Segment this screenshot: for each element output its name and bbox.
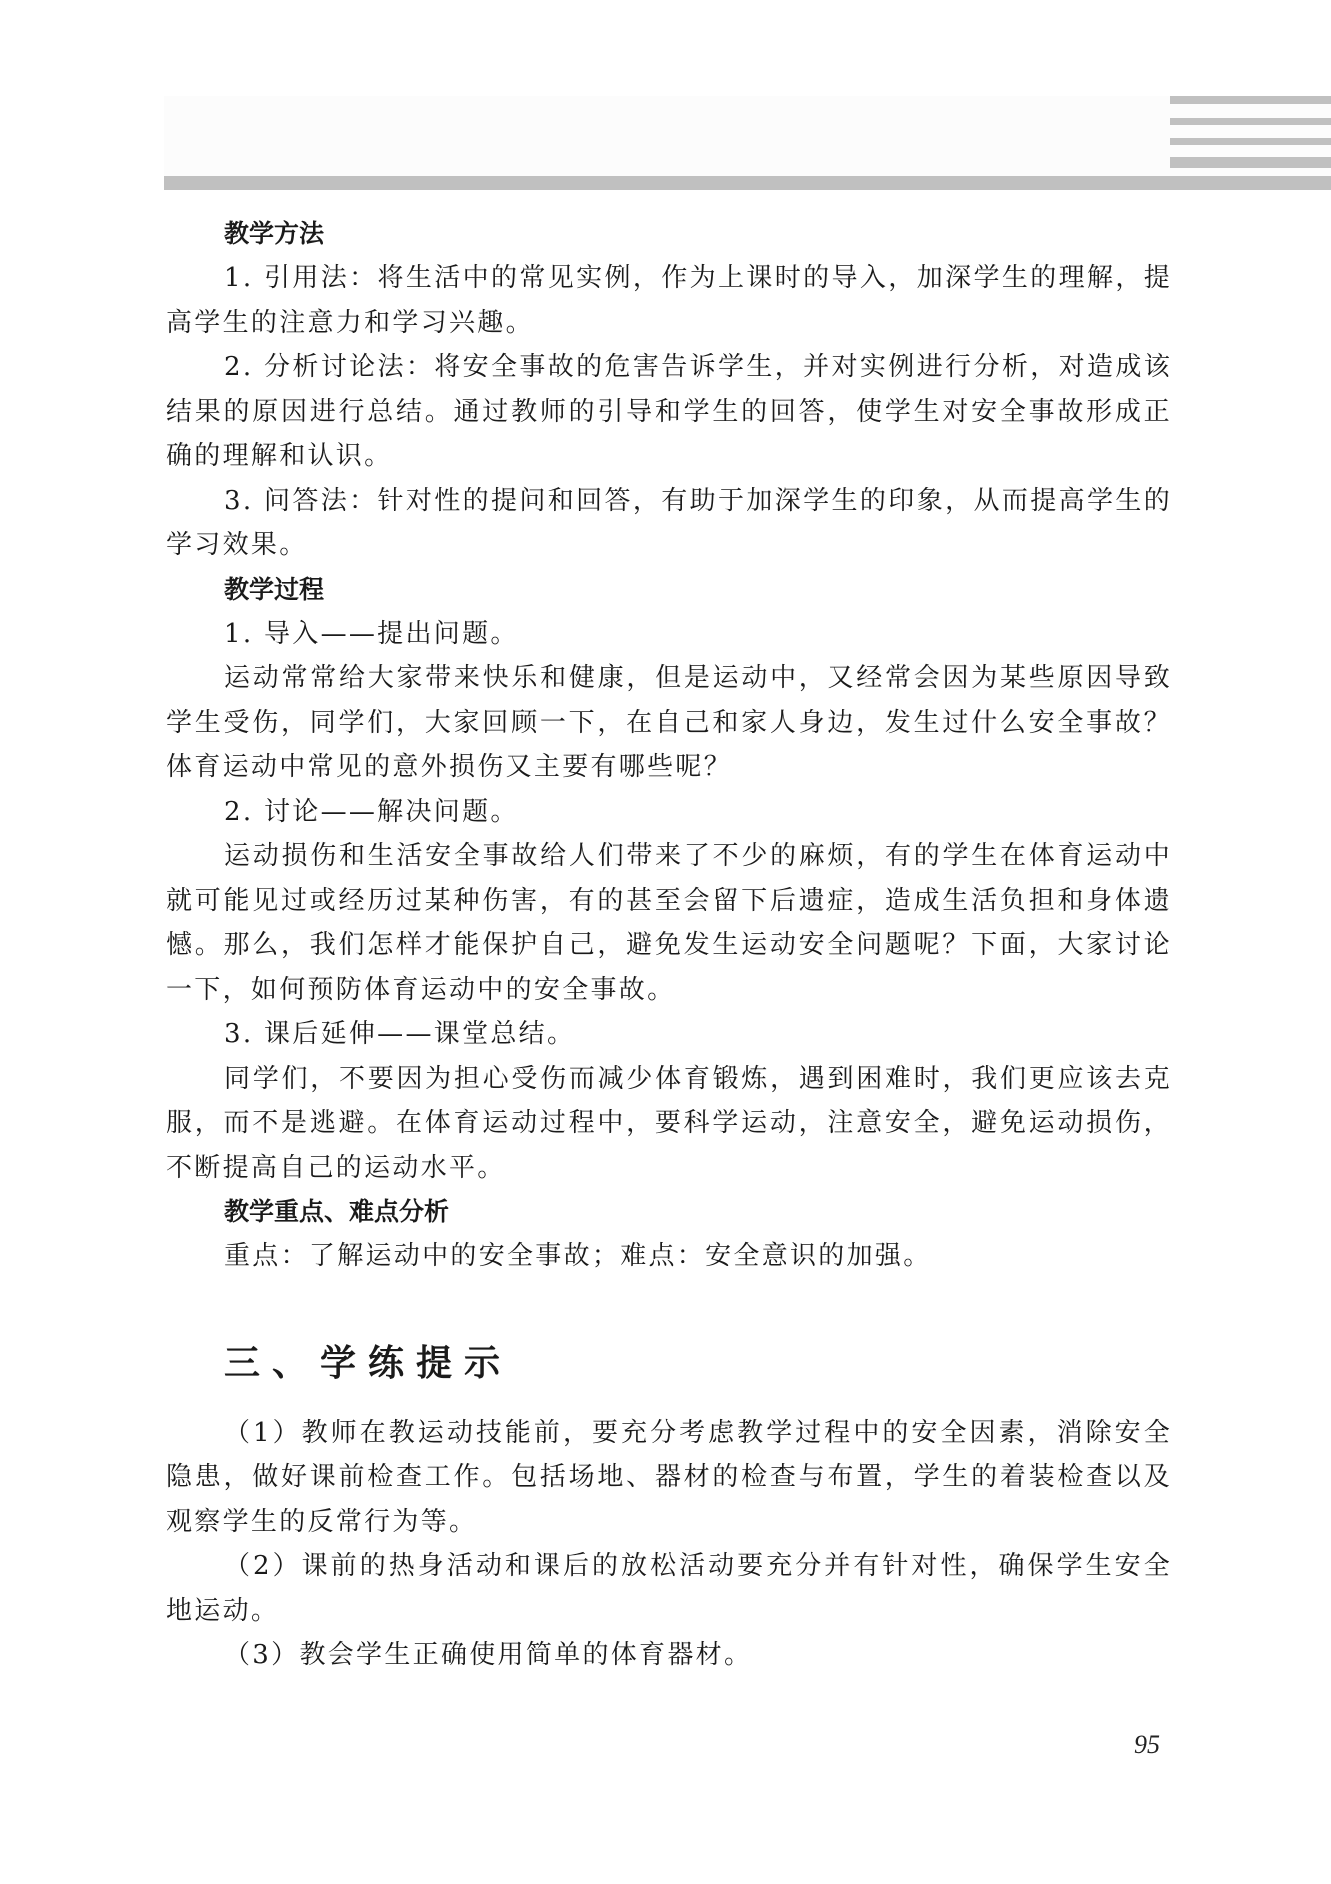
process-step-body: 同学们，不要因为担心受伤而减少体育锻炼，遇到困难时，我们更应该去克服，而不是逃避… <box>166 1057 1172 1191</box>
header-stripe <box>1170 96 1331 104</box>
header-stripe <box>1170 138 1331 145</box>
header-stripe <box>1170 157 1331 168</box>
method-item: 2. 分析讨论法：将安全事故的危害告诉学生，并对实例进行分析，对造成该结果的原因… <box>166 345 1172 479</box>
header-rule <box>164 176 1331 190</box>
process-step-heading: 2. 讨论——解决问题。 <box>166 790 1172 835</box>
page-content: 教学方法 1. 引用法：将生活中的常见实例，作为上课时的导入，加深学生的理解，提… <box>166 212 1172 1678</box>
process-step-body: 运动常常给大家带来快乐和健康，但是运动中，又经常会因为某些原因导致学生受伤，同学… <box>166 656 1172 790</box>
header-stripe <box>1170 118 1331 125</box>
section-title-methods: 教学方法 <box>166 212 1172 256</box>
section-title-practice-tips: 三、学练提示 <box>166 1339 1172 1389</box>
section-title-key-points: 教学重点、难点分析 <box>166 1190 1172 1234</box>
process-step-heading: 1. 导入——提出问题。 <box>166 612 1172 657</box>
page-number: 95 <box>1134 1730 1160 1760</box>
tip-item: （2）课前的热身活动和课后的放松活动要充分并有针对性，确保学生安全地运动。 <box>166 1544 1172 1633</box>
section-title-process: 教学过程 <box>166 568 1172 612</box>
key-points-body: 重点：了解运动中的安全事故；难点：安全意识的加强。 <box>166 1234 1172 1279</box>
process-step-heading: 3. 课后延伸——课堂总结。 <box>166 1012 1172 1057</box>
tip-item: （3）教会学生正确使用简单的体育器材。 <box>166 1633 1172 1678</box>
method-item: 3. 问答法：针对性的提问和回答，有助于加深学生的印象，从而提高学生的学习效果。 <box>166 479 1172 568</box>
header-background <box>164 96 1331 176</box>
tip-item: （1）教师在教运动技能前，要充分考虑教学过程中的安全因素，消除安全隐患，做好课前… <box>166 1411 1172 1545</box>
method-item: 1. 引用法：将生活中的常见实例，作为上课时的导入，加深学生的理解，提高学生的注… <box>166 256 1172 345</box>
process-step-body: 运动损伤和生活安全事故给人们带来了不少的麻烦，有的学生在体育运动中就可能见过或经… <box>166 834 1172 1012</box>
